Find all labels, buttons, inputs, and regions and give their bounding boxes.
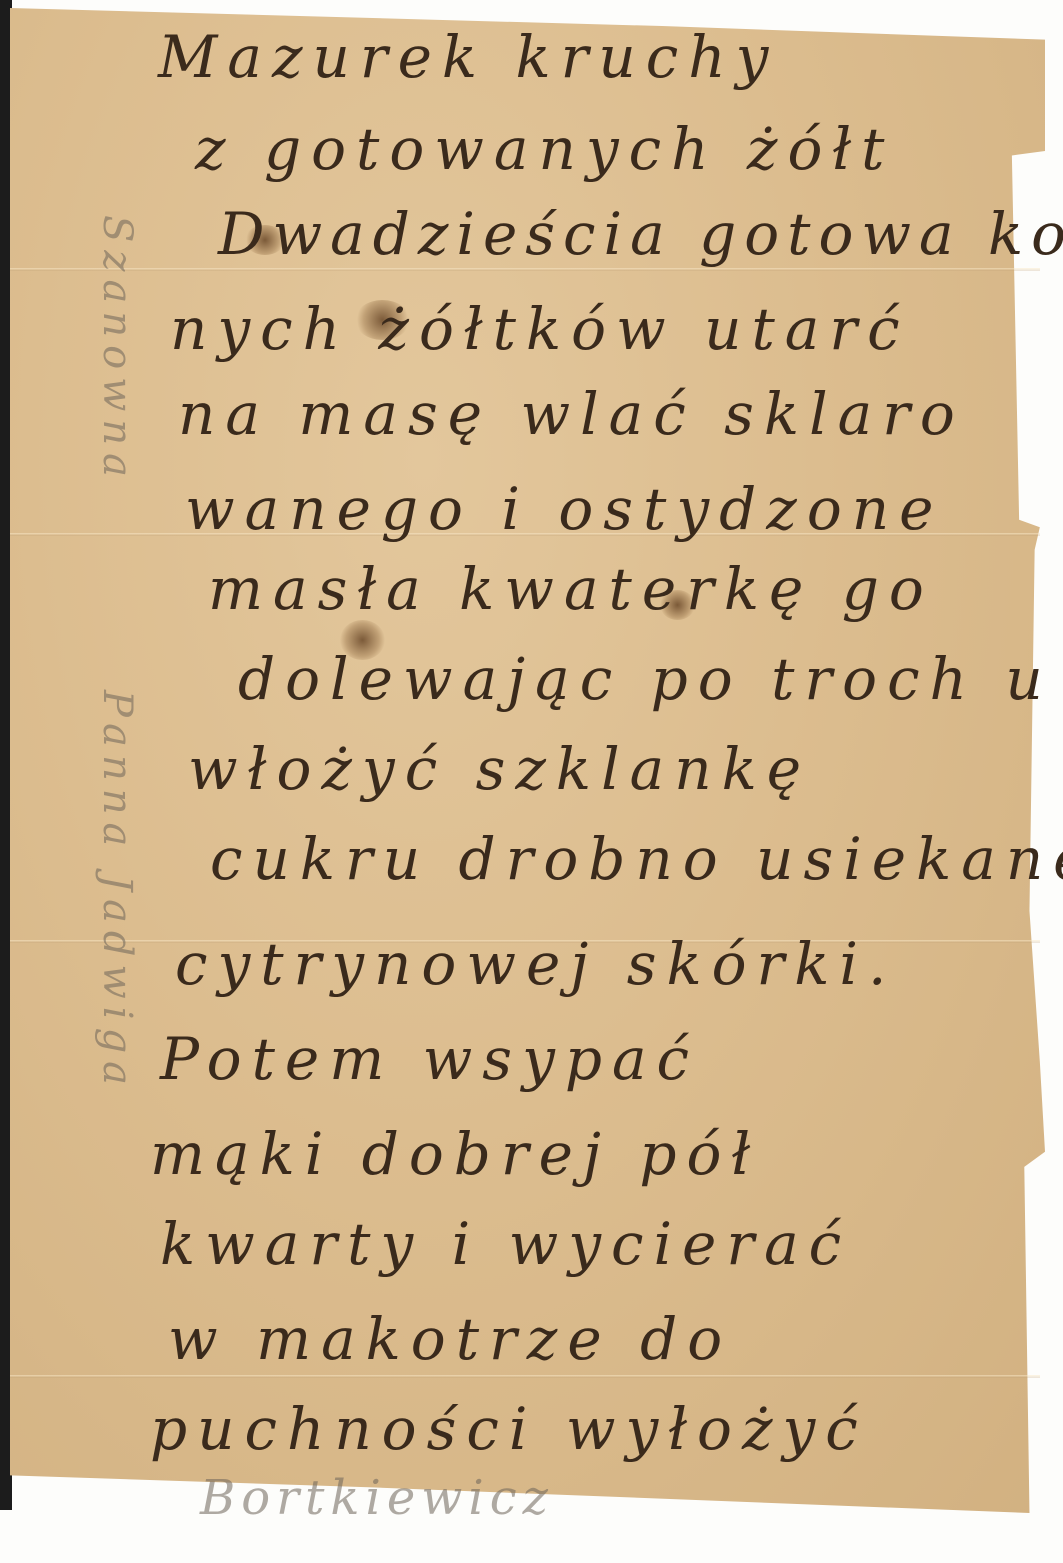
recipe-line: wanego i ostydzone (185, 480, 943, 538)
recipe-line: mąki dobrej pół (150, 1125, 760, 1183)
recipe-line: Mazurek kruchy (158, 28, 778, 86)
recipe-line: cukru drobno usiekanę (210, 830, 1063, 888)
recipe-line: w makotrze do (168, 1310, 732, 1368)
recipe-line: dolewając po troch u (238, 650, 1053, 708)
fold-crease (10, 1375, 1040, 1378)
recipe-line: masła kwaterkę go (208, 560, 934, 618)
recipe-line: Potem wsypać (160, 1030, 699, 1088)
fold-crease (10, 268, 1040, 271)
recipe-line: kwarty i wycierać (160, 1215, 851, 1273)
recipe-line: na masę wlać sklaro (178, 385, 965, 443)
recipe-line: z gotowanych żółt (195, 120, 894, 178)
recipe-line: włożyć szklankę (188, 740, 811, 798)
recipe-line: nych żółtków utarć (170, 300, 910, 358)
recipe-line: cytrynowej skórki. (175, 935, 896, 993)
margin-note-panna-jadwiga: Panna Jadwiga (94, 690, 140, 1093)
margin-note-szanowna: Szanowna (94, 215, 140, 485)
pencil-signature: Bortkiewicz (200, 1470, 554, 1526)
recipe-line: puchności wyłożyć (150, 1400, 868, 1458)
recipe-line: Dwadzieścia gotowa kow (218, 205, 1063, 263)
